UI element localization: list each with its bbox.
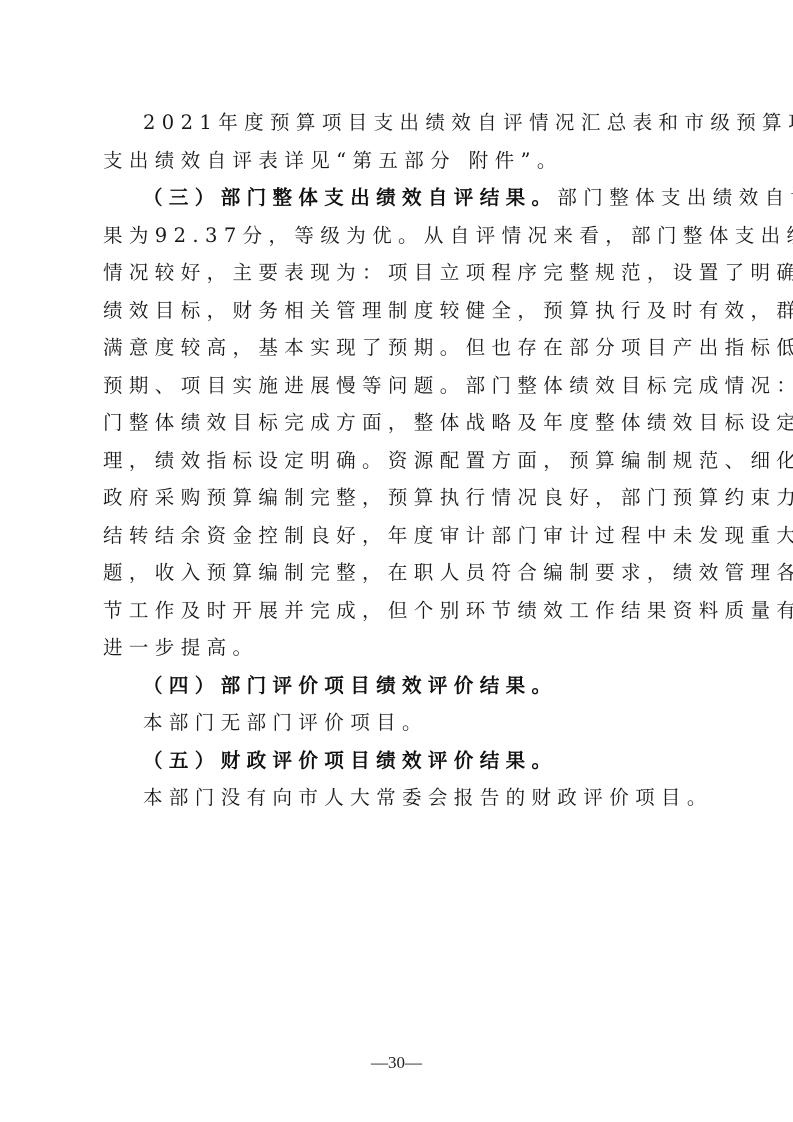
paragraph-section-4: （四）部门评价项目绩效评价结果。: [103, 667, 691, 705]
text-line: 结转结余资金控制良好，年度审计部门审计过程中未发现重大问: [103, 517, 691, 555]
text-line: 进一步提高。: [103, 629, 691, 667]
text-line: （四）部门评价项目绩效评价结果。: [103, 667, 691, 705]
paragraph-section-4-body: 本部门无部门评价项目。: [103, 704, 691, 742]
text-line: 本部门没有向市人大常委会报告的财政评价项目。: [103, 779, 691, 817]
paragraph-section-5: （五）财政评价项目绩效评价结果。: [103, 742, 691, 780]
text-line: 题，收入预算编制完整，在职人员符合编制要求，绩效管理各环: [103, 554, 691, 592]
section-heading-4: （四）部门评价项目绩效评价结果。: [143, 674, 557, 697]
text-line: 情况较好，主要表现为：项目立项程序完整规范，设置了明确的: [103, 254, 691, 292]
text-line: （五）财政评价项目绩效评价结果。: [103, 742, 691, 780]
text-line: 支出绩效自评表详见“第五部分 附件”。: [103, 142, 691, 180]
section-heading-3: （三）部门整体支出绩效自评结果。: [143, 186, 557, 209]
text-line: 满意度较高，基本实现了预期。但也存在部分项目产出指标低于: [103, 329, 691, 367]
section-heading-5: （五）财政评价项目绩效评价结果。: [143, 749, 557, 772]
document-page: 2021年度预算项目支出绩效自评情况汇总表和市级预算项目 支出绩效自评表详见“第…: [0, 0, 793, 1122]
text-line: 政府采购预算编制完整，预算执行情况良好，部门预算约束力强，: [103, 479, 691, 517]
document-body: 2021年度预算项目支出绩效自评情况汇总表和市级预算项目 支出绩效自评表详见“第…: [103, 104, 691, 817]
text-line: 理，绩效指标设定明确。资源配置方面，预算编制规范、细化，: [103, 442, 691, 480]
paragraph-section-3: （三）部门整体支出绩效自评结果。部门整体支出绩效自评结 果为92.37分，等级为…: [103, 179, 691, 667]
text-line: （三）部门整体支出绩效自评结果。部门整体支出绩效自评结: [103, 179, 691, 217]
text-line: 本部门无部门评价项目。: [103, 704, 691, 742]
paragraph-attachment-note: 2021年度预算项目支出绩效自评情况汇总表和市级预算项目 支出绩效自评表详见“第…: [103, 104, 691, 179]
text-line: 果为92.37分，等级为优。从自评情况来看，部门整体支出绩效: [103, 217, 691, 255]
text-line: 预期、项目实施进展慢等问题。部门整体绩效目标完成情况：部: [103, 367, 691, 405]
paragraph-section-5-body: 本部门没有向市人大常委会报告的财政评价项目。: [103, 779, 691, 817]
text-line: 绩效目标，财务相关管理制度较健全，预算执行及时有效，群众: [103, 292, 691, 330]
text-line: 节工作及时开展并完成，但个别环节绩效工作结果资料质量有待: [103, 592, 691, 630]
text-line: 2021年度预算项目支出绩效自评情况汇总表和市级预算项目: [103, 104, 691, 142]
page-number: —30—: [0, 1053, 793, 1073]
text-run: 部门整体支出绩效自评结: [557, 186, 793, 209]
text-line: 门整体绩效目标完成方面，整体战略及年度整体绩效目标设定合: [103, 404, 691, 442]
